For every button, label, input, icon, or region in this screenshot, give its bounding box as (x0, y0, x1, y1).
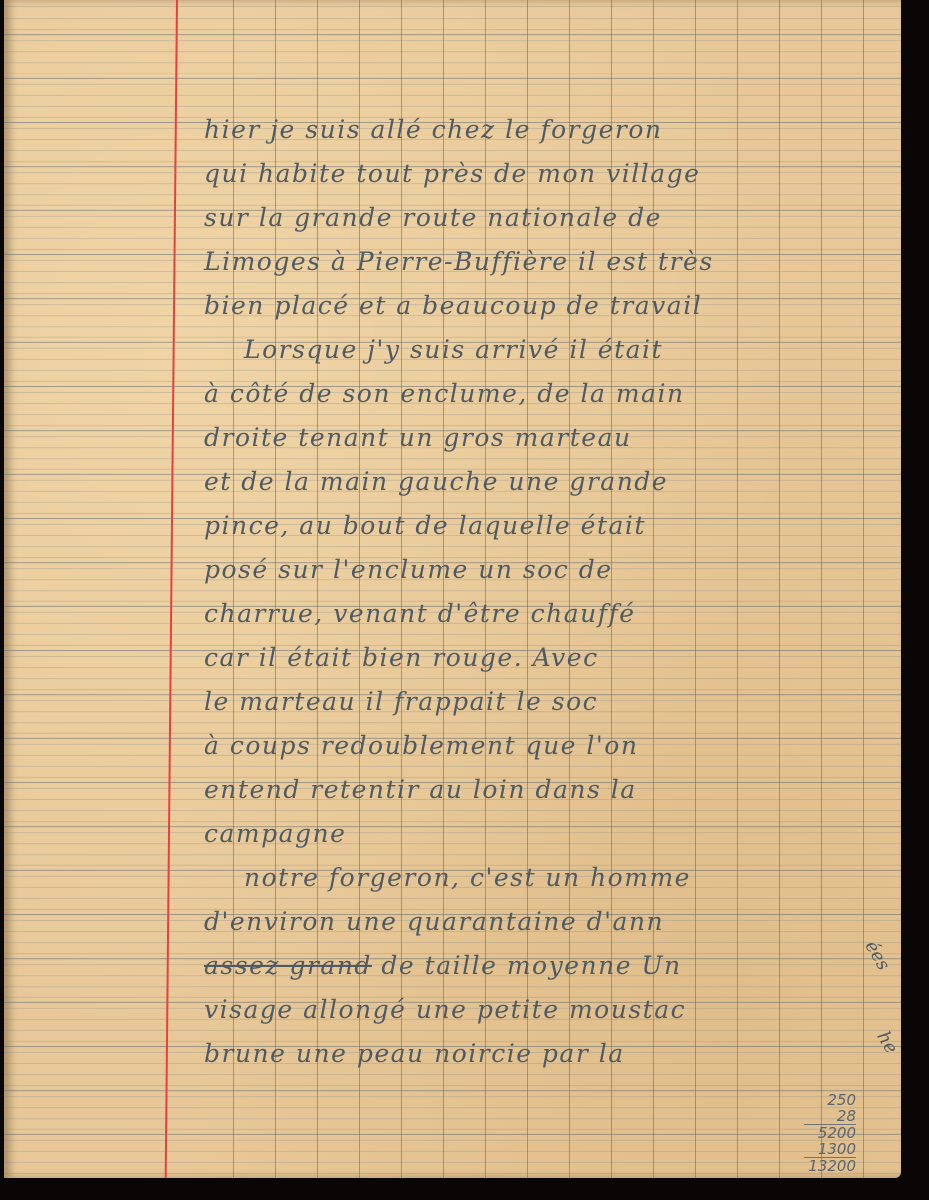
calc-row: 250 (804, 1092, 856, 1108)
text-line: à côté de son enclume, de la main (204, 372, 894, 416)
line-text: de taille moyenne Un (372, 951, 682, 980)
text-line: d'environ une quarantaine d'ann (204, 900, 894, 944)
text-line: et de la main gauche une grande (204, 460, 894, 504)
text-line: sur la grande route nationale de (204, 196, 894, 240)
calc-row: 1300 (804, 1141, 856, 1158)
calc-row: 13200 (804, 1158, 856, 1174)
text-line: assez grand de taille moyenne Un (204, 944, 894, 988)
text-line: posé sur l'enclume un soc de (204, 548, 894, 592)
text-line: Lorsque j'y suis arrivé il était (204, 328, 894, 372)
text-line: droite tenant un gros marteau (204, 416, 894, 460)
text-line: bien placé et a beaucoup de travail (204, 284, 894, 328)
text-line: Limoges à Pierre-Buffière il est très (204, 240, 894, 284)
calc-row: 28 (804, 1108, 856, 1125)
text-line: le marteau il frappait le soc (204, 680, 894, 724)
text-line: pince, au bout de laquelle était (204, 504, 894, 548)
text-line: visage allongé une petite moustac (204, 988, 894, 1032)
text-line: notre forgeron, c'est un homme (204, 856, 894, 900)
text-line: campagne (204, 812, 894, 856)
calc-row: 5200 (804, 1125, 856, 1141)
notebook-page: hier je suis allé chez le forgeron qui h… (4, 0, 901, 1178)
margin-calculation: 250 28 5200 1300 13200 (804, 1092, 856, 1174)
text-line: qui habite tout près de mon village (204, 152, 894, 196)
text-line: hier je suis allé chez le forgeron (204, 108, 894, 152)
text-line: charrue, venant d'être chauffé (204, 592, 894, 636)
text-line: entend retentir au loin dans la (204, 768, 894, 812)
text-line: car il était bien rouge. Avec (204, 636, 894, 680)
handwritten-text: hier je suis allé chez le forgeron qui h… (204, 122, 894, 1090)
text-line: à coups redoublement que l'on (204, 724, 894, 768)
text-line: brune une peau noircie par la (204, 1032, 894, 1076)
struck-text: assez grand (204, 951, 372, 980)
